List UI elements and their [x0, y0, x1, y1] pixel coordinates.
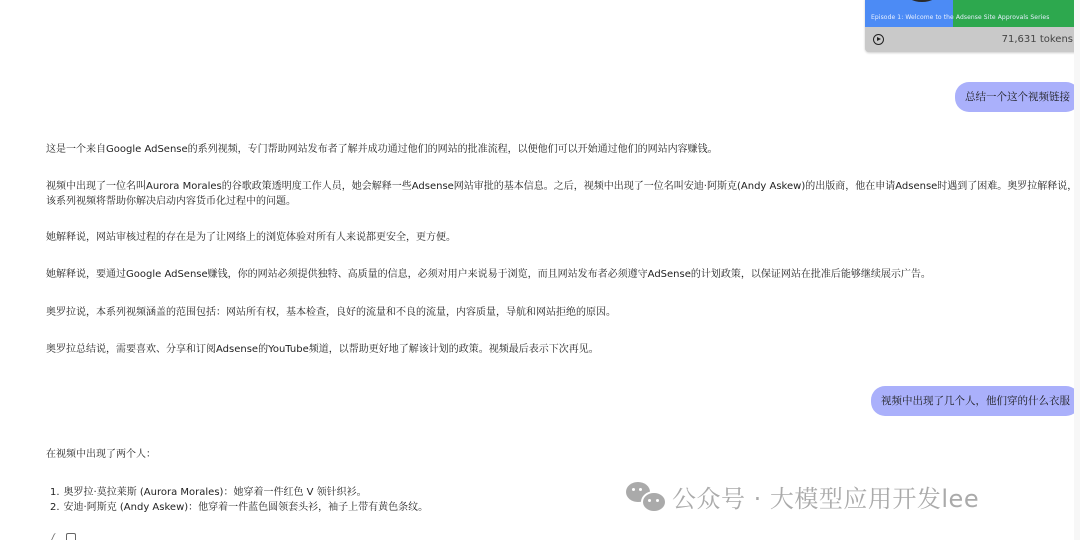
video-caption: Episode 1: Welcome to the Adsense Site A…	[871, 14, 1049, 21]
response-2-list: 1. 奥罗拉·莫拉莱斯 (Aurora Morales)：她穿着一件红色 V 领…	[50, 485, 428, 515]
thumb-up-icon[interactable]	[50, 533, 59, 540]
list-item: 2. 安迪·阿斯克 (Andy Askew)：他穿着一件蓝色圆领套头衫，袖子上带…	[50, 500, 428, 515]
token-count: 71,631 tokens	[1002, 34, 1073, 45]
watermark: 公众号 · 大模型应用开发lee	[626, 479, 979, 514]
list-item: 1. 奥罗拉·莫拉莱斯 (Aurora Morales)：她穿着一件红色 V 领…	[50, 485, 428, 500]
watermark-text: 公众号 · 大模型应用开发lee	[672, 479, 979, 514]
response-paragraph: 她解释说，要通过Google AdSense赚钱，你的网站必须提供独特、高质量的…	[46, 267, 1080, 282]
scrollbar-track[interactable]	[1074, 0, 1080, 540]
play-circle-icon[interactable]	[873, 34, 884, 45]
copy-icon[interactable]	[66, 533, 76, 540]
video-thumbnail[interactable]: Episode 1: Welcome to the Adsense Site A…	[865, 0, 1080, 27]
user-message: 总结一个这个视频链接	[955, 82, 1080, 112]
list-text: 奥罗拉·莫拉莱斯 (Aurora Morales)：她穿着一件红色 V 领针织衫…	[64, 485, 367, 500]
wechat-icon	[626, 480, 666, 514]
thumbnail-person-left	[905, 0, 939, 2]
response-paragraph: 她解释说，网站审核过程的存在是为了让网络上的浏览体验对所有人来说都更安全，更方便…	[46, 230, 1080, 245]
list-number: 1.	[50, 485, 60, 500]
response-paragraph: 视频中出现了一位名叫Aurora Morales的谷歌政策透明度工作人员，她会解…	[46, 179, 1080, 209]
user-message: 视频中出现了几个人，他们穿的什么衣服	[871, 386, 1080, 416]
list-number: 2.	[50, 500, 60, 515]
video-attachment-card[interactable]: Episode 1: Welcome to the Adsense Site A…	[865, 0, 1080, 52]
chat-page: Episode 1: Welcome to the Adsense Site A…	[0, 0, 1080, 540]
response-actions	[52, 533, 76, 540]
list-text: 安迪·阿斯克 (Andy Askew)：他穿着一件蓝色圆领套头衫，袖子上带有黄色…	[64, 500, 429, 515]
video-footer: 71,631 tokens	[865, 27, 1080, 52]
response-2-intro: 在视频中出现了两个人：	[46, 447, 156, 462]
response-paragraph: 奥罗拉说，本系列视频涵盖的范围包括：网站所有权，基本检查，良好的流量和不良的流量…	[46, 305, 1080, 320]
response-paragraph: 这是一个来自Google AdSense的系列视频，专门帮助网站发布者了解并成功…	[46, 142, 1080, 157]
response-paragraph: 奥罗拉总结说，需要喜欢、分享和订阅Adsense的YouTube频道，以帮助更好…	[46, 342, 1080, 357]
